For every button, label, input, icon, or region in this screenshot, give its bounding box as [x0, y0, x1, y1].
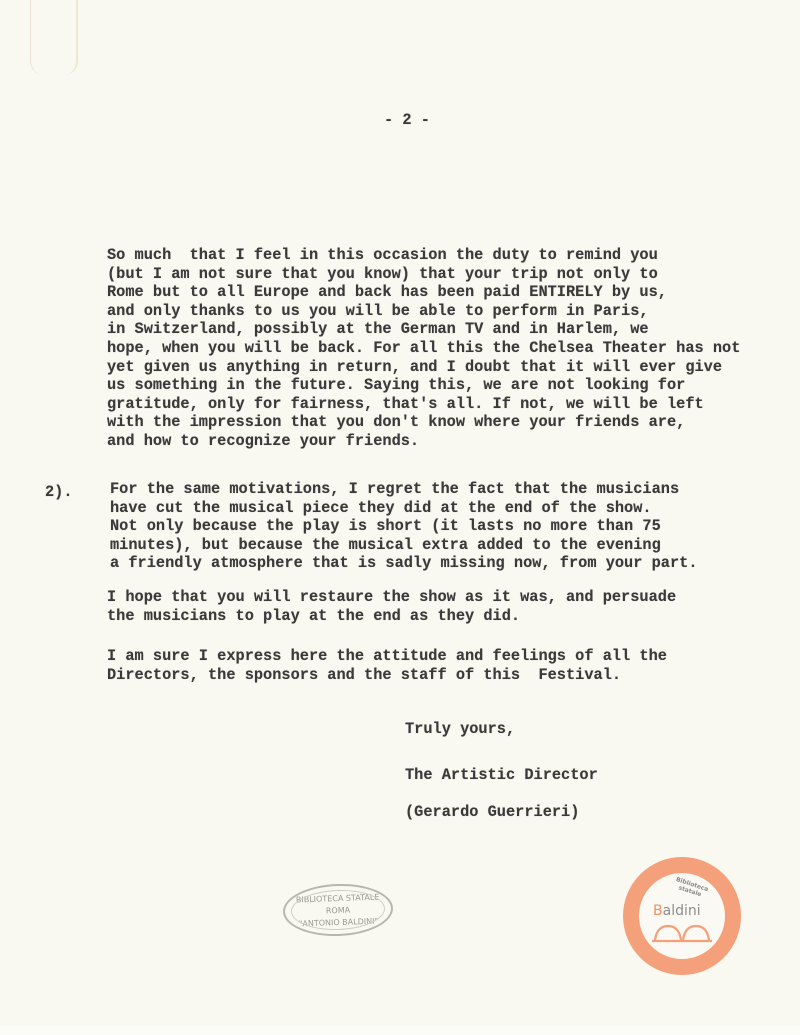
signer-name: (Gerardo Guerrieri)	[405, 803, 579, 822]
stamp-line-2: ROMA	[285, 903, 391, 919]
library-stamp: BIBLIOTECA STATALE ROMA "ANTONIO BALDINI…	[282, 882, 394, 938]
stamp-line-1: BIBLIOTECA STATALE	[284, 891, 390, 907]
signer-title: The Artistic Director	[405, 766, 598, 785]
item-number: 2).	[45, 483, 73, 502]
document-page: - 2 - So much that I feel in this occasi…	[0, 0, 800, 1026]
open-book-icon	[651, 923, 713, 943]
logo-name-initial: B	[653, 903, 663, 919]
closing: Truly yours,	[405, 720, 515, 739]
stamp-line-3: "ANTONIO BALDINI"	[285, 915, 391, 931]
logo-name-rest: aldini	[663, 903, 701, 919]
paragraph-2: For the same motivations, I regret the f…	[110, 480, 698, 573]
logo-subtitle: Biblioteca statale	[670, 875, 712, 901]
paragraph-1: So much that I feel in this occasion the…	[107, 246, 740, 451]
baldini-library-logo: Biblioteca statale Baldini	[623, 857, 741, 975]
logo-name: Baldini	[653, 903, 701, 919]
page-number: - 2 -	[384, 111, 430, 130]
paragraph-4: I am sure I express here the attitude an…	[107, 647, 667, 684]
paragraph-3: I hope that you will restaure the show a…	[107, 588, 676, 625]
